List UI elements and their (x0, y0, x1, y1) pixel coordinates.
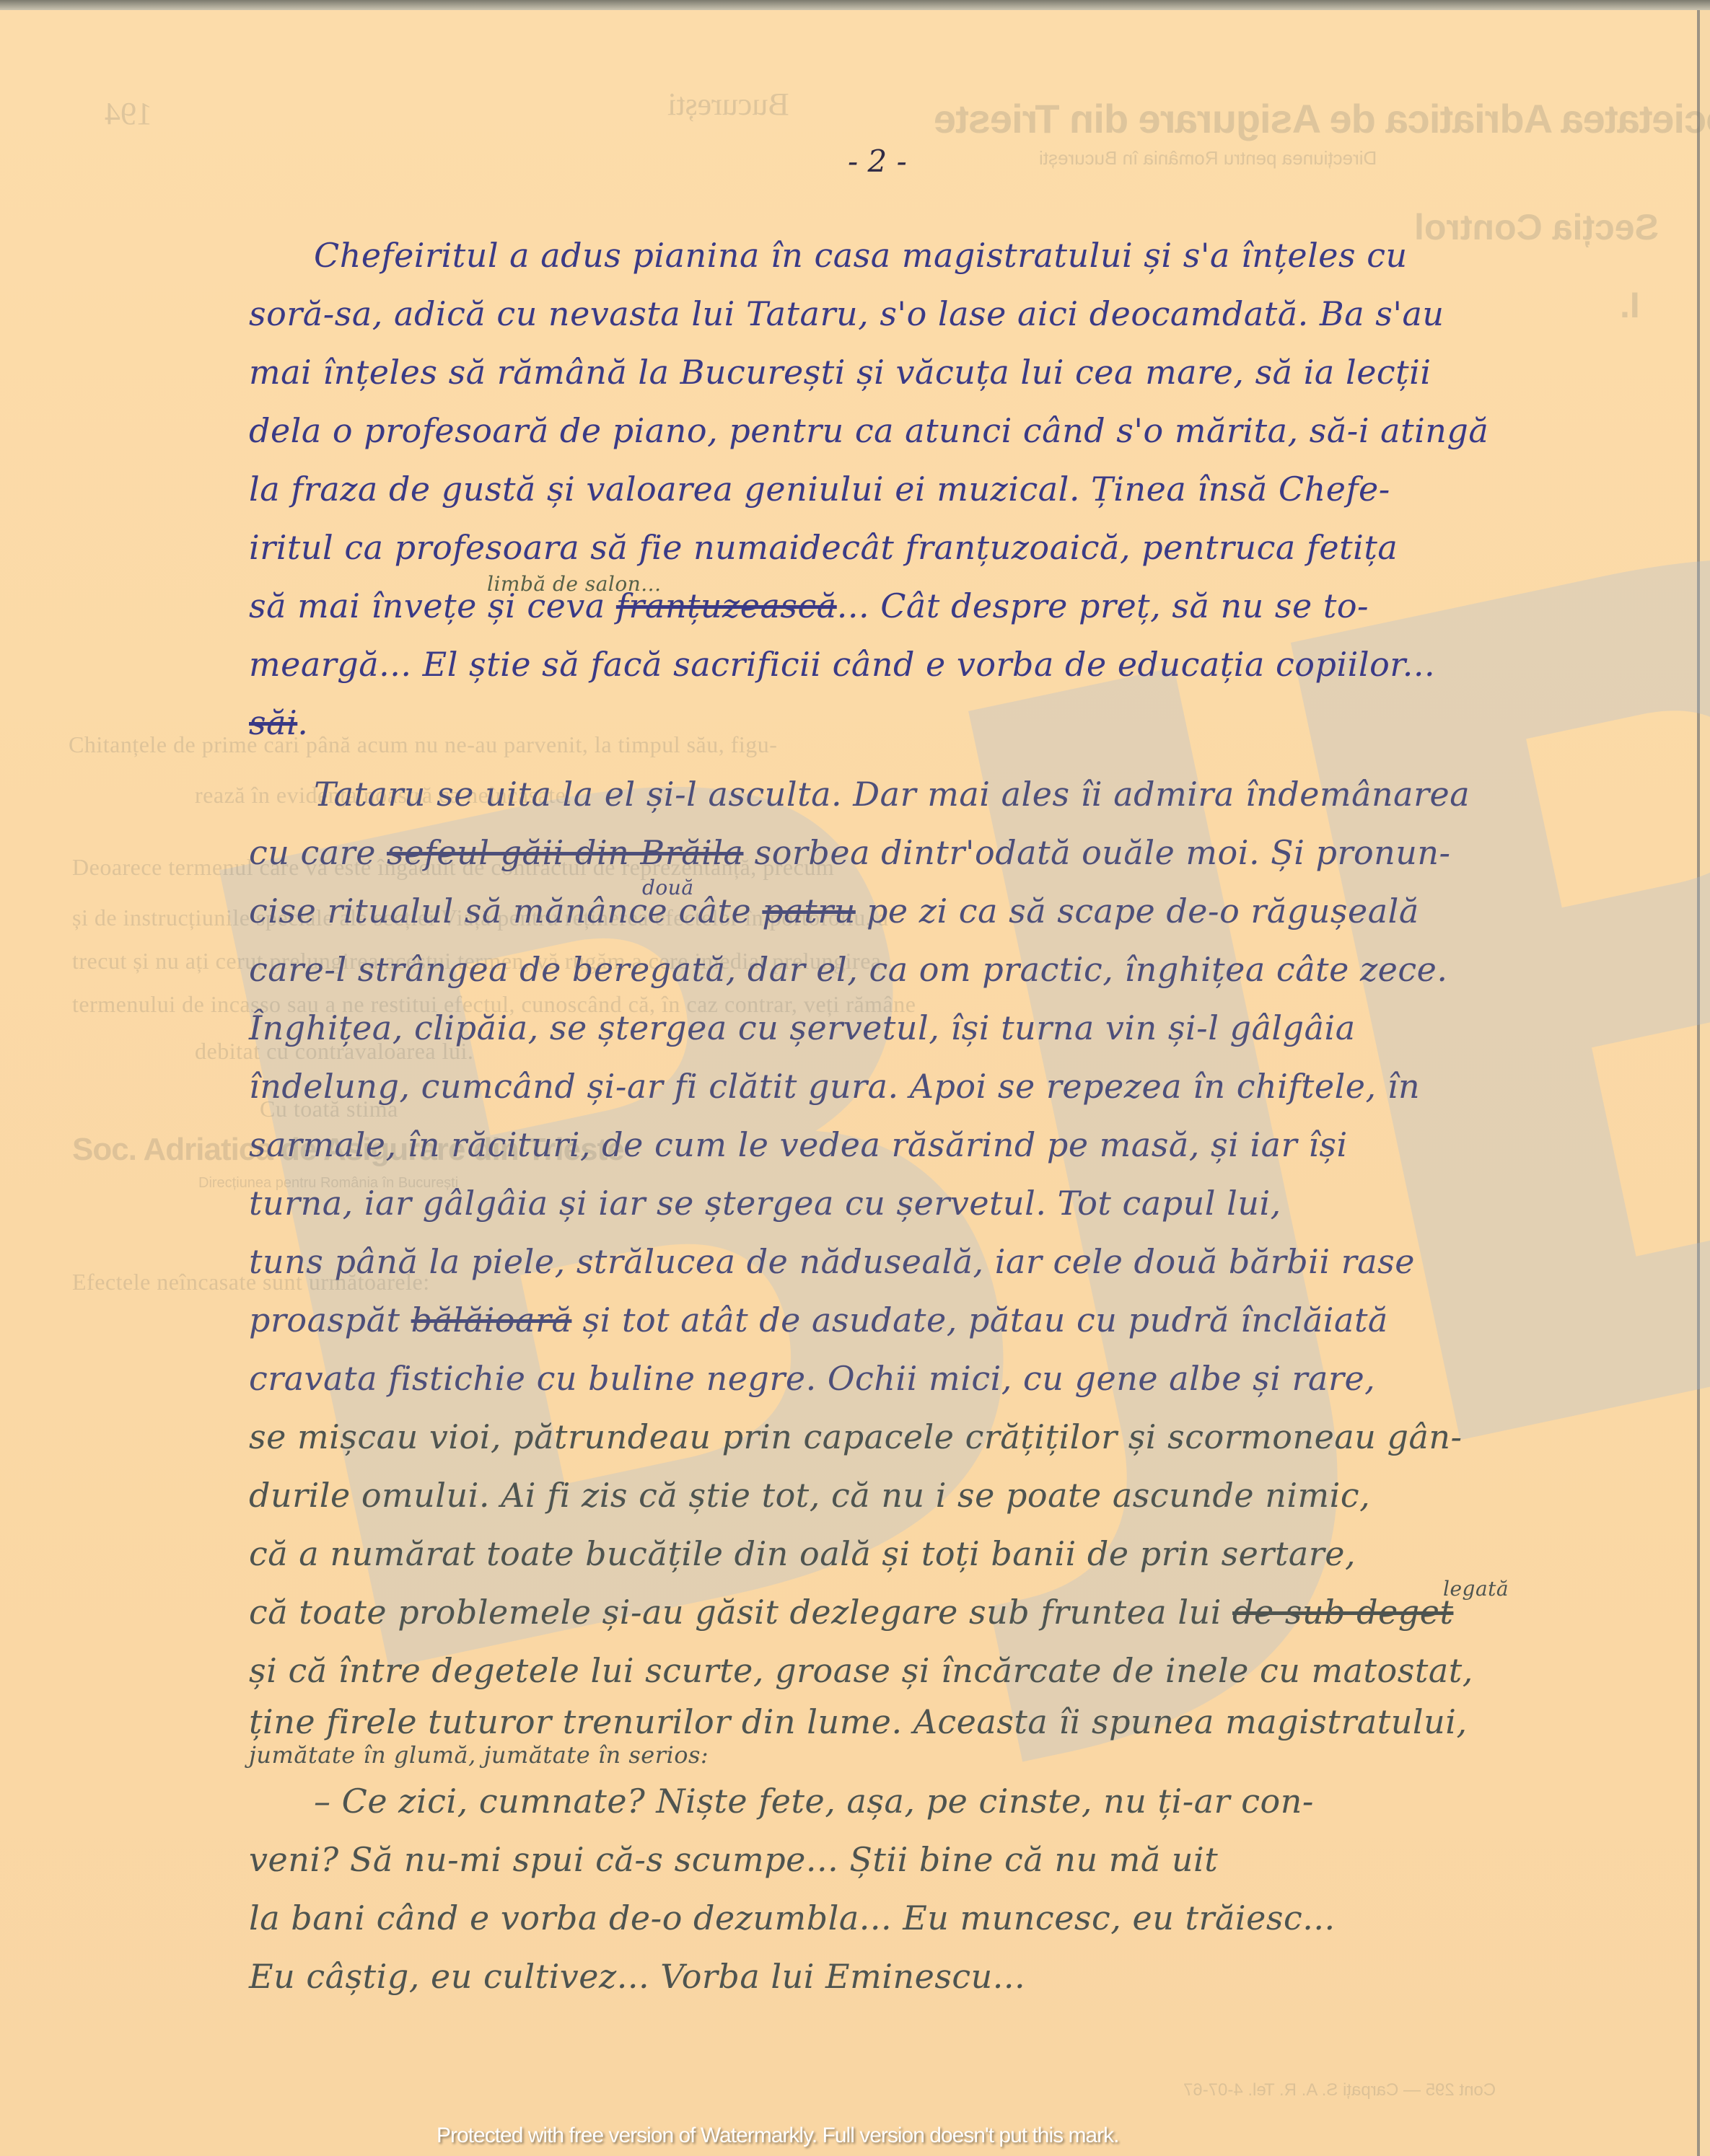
manuscript-line: ține firele tuturor trenurilor din lume.… (249, 1700, 1685, 1738)
manuscript-line: Înghițea, clipăia, se ștergea cu șervetu… (249, 999, 1685, 1057)
manuscript-line: la bani când e vorba de-o dezumbla... Eu… (249, 1889, 1685, 1948)
manuscript-line: – Ce zici, cumnate? Niște fete, așa, pe … (249, 1772, 1685, 1831)
ghost-letterhead-subtitle: Direcțiunea pentru România în București (1039, 147, 1377, 170)
manuscript-line: dela o profesoară de piano, pentru ca at… (249, 402, 1685, 460)
ghost-printer-footer: Cont 295 — Carpați S. A. R. Tel. 4-07-67 (1183, 2080, 1496, 2100)
struck-text: de sub deget (1232, 1593, 1453, 1632)
manuscript-line: meargă... El știe să facă sacrificii cân… (249, 635, 1685, 694)
manuscript-line: că a numărat toate bucățile din oală și … (249, 1525, 1685, 1583)
manuscript-line: mai înțeles să rămână la București și vă… (249, 343, 1685, 402)
manuscript-line: Eu câștig, eu cultivez... Vorba lui Emin… (249, 1948, 1685, 2006)
manuscript-line: durile omului. Ai fi zis că știe tot, că… (249, 1466, 1685, 1525)
manuscript-line: limbă de salon... să mai învețe și ceva … (249, 577, 1685, 635)
line-segment: pe zi ca să scape de-o răgușeală (856, 892, 1419, 930)
insert-doua: două (642, 878, 694, 898)
struck-text: patru (762, 892, 855, 930)
manuscript-line: Chefeiritul a adus pianina în casa magis… (249, 226, 1685, 285)
manuscript-line: tuns până la piele, strălucea de nădusea… (249, 1233, 1685, 1291)
manuscript-line: și că între degetele lui scurte, groase … (249, 1642, 1685, 1700)
manuscript-page: BJB Societatea Adriatica de Asigurare di… (0, 10, 1700, 2156)
manuscript-line: se mișcau vioi, pătrundeau prin capacele… (249, 1408, 1685, 1466)
struck-text: sefeul găii din Brăila (387, 833, 743, 872)
manuscript-line: legată că toate problemele și-au găsit d… (249, 1583, 1685, 1642)
line-segment: că toate problemele și-au găsit dezlegar… (249, 1593, 1232, 1632)
manuscript-line: cu care sefeul găii din Brăila sorbea di… (249, 824, 1685, 882)
manuscript-line: turna, iar gâlgâia și iar se ștergea cu … (249, 1174, 1685, 1233)
line-segment: proaspăt (249, 1301, 411, 1339)
manuscript-line: soră-sa, adică cu nevasta lui Tataru, s'… (249, 285, 1685, 343)
manuscript-line: sarmale, în răcituri, de cum le vedea ră… (249, 1116, 1685, 1174)
watermarkly-notice: Protected with free version of Watermark… (437, 2124, 1118, 2148)
line-segment: ... Cât despre preț, să nu se to- (837, 586, 1369, 625)
struck-text: săi (249, 703, 297, 742)
insert-legata: legată (1443, 1579, 1509, 1599)
manuscript-line-inserted: jumătate în glumă, jumătate în serios: (249, 1738, 1685, 1772)
manuscript-line: cravata fistichie cu buline negre. Ochii… (249, 1350, 1685, 1408)
line-segment: cu care (249, 833, 387, 872)
manuscript-line: care-l strângea de beregată, dar el, ca … (249, 941, 1685, 999)
ghost-city: București (667, 86, 789, 123)
scan-top-edge (0, 0, 1710, 10)
ghost-year: 194 (105, 95, 152, 132)
line-segment: și tot atât de asudate, pătau cu pudră î… (571, 1301, 1387, 1339)
ghost-letterhead-title: Societatea Adriatica de Asigurare din Tr… (934, 95, 1710, 142)
manuscript-line: la fraza de gustă și valoarea geniului e… (249, 460, 1685, 519)
manuscript-line: Tataru se uita la el și-l asculta. Dar m… (249, 765, 1685, 824)
struck-text: bălăioară (411, 1301, 572, 1339)
manuscript-line: iritul ca profesoara să fie numaidecât f… (249, 519, 1685, 577)
manuscript-line: săi. (249, 694, 1685, 752)
line-segment: sorbea dintr'odată ouăle moi. Și pronun- (743, 833, 1450, 872)
manuscript-line: veni? Să nu-mi spui că-s scumpe... Știi … (249, 1831, 1685, 1889)
manuscript-line: proaspăt bălăioară și tot atât de asudat… (249, 1291, 1685, 1350)
page-number: - 2 - (848, 144, 907, 179)
insert-limba-de-salon: limbă de salon... (487, 574, 661, 594)
manuscript-line: îndelung, cumcând și-ar fi clătit gura. … (249, 1057, 1685, 1116)
manuscript-text: Chefeiritul a adus pianina în casa magis… (249, 226, 1685, 2006)
manuscript-line: două cise ritualul să mănânce câte patru… (249, 882, 1685, 941)
line-segment: . (297, 703, 308, 742)
